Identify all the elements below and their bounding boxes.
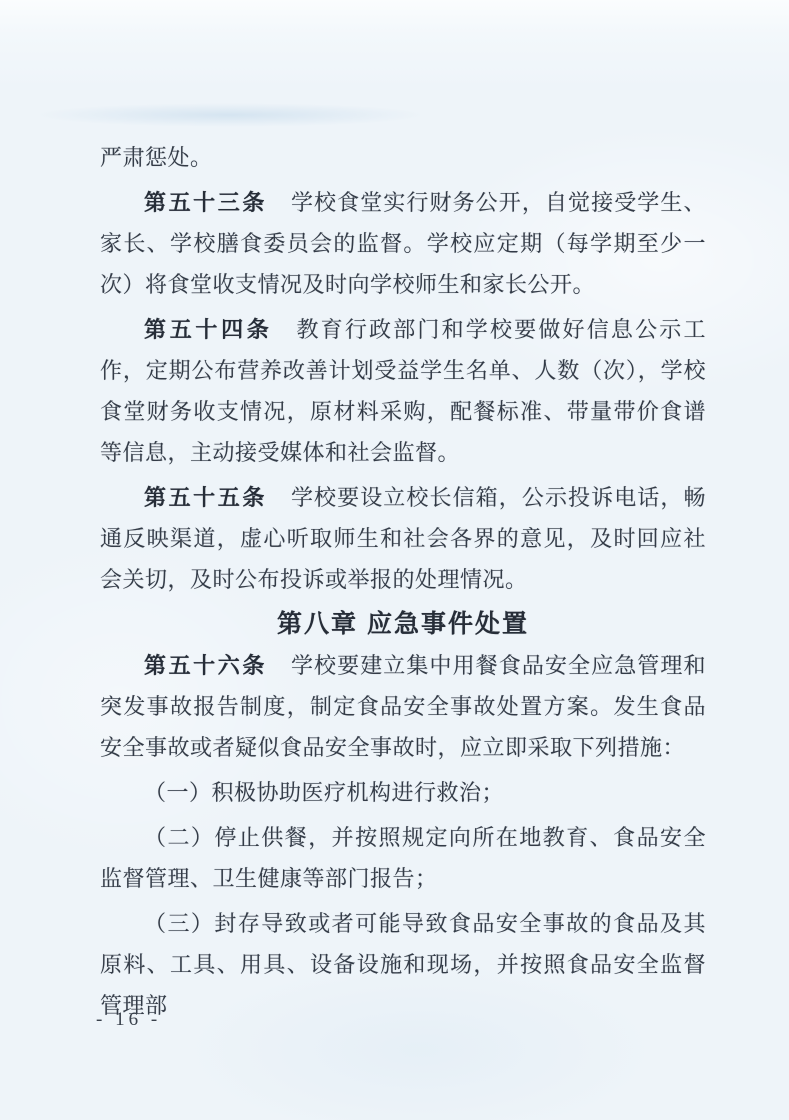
page-number: - 16 - [96, 1008, 161, 1032]
paragraph-closing-line: 严肃惩处。 [100, 137, 706, 178]
list-item-3: （三）封存导致或者可能导致食品安全事故的食品及其原料、工具、用具、设备设施和现场… [100, 903, 706, 1026]
chapter-heading: 第八章 应急事件处置 [100, 604, 706, 645]
article-53: 第五十三条学校食堂实行财务公开，自觉接受学生、家长、学校膳食委员会的监督。学校应… [100, 182, 706, 305]
list-item-2: （二）停止供餐，并按照规定向所在地教育、食品安全监督管理、卫生健康等部门报告； [100, 817, 706, 899]
article-56-label: 第五十六条 [144, 653, 267, 678]
scanned-document-page: 严肃惩处。 第五十三条学校食堂实行财务公开，自觉接受学生、家长、学校膳食委员会的… [0, 0, 789, 1120]
article-55: 第五十五条学校要设立校长信箱，公示投诉电话，畅通反映渠道，虚心听取师生和社会各界… [100, 477, 706, 600]
list-item-1: （一）积极协助医疗机构进行救治； [100, 772, 706, 813]
article-56: 第五十六条学校要建立集中用餐食品安全应急管理和突发事故报告制度，制定食品安全事故… [100, 645, 706, 768]
document-body: 严肃惩处。 第五十三条学校食堂实行财务公开，自觉接受学生、家长、学校膳食委员会的… [100, 137, 706, 1026]
article-53-label: 第五十三条 [144, 190, 267, 215]
article-55-label: 第五十五条 [144, 485, 267, 510]
article-54-label: 第五十四条 [144, 317, 272, 342]
article-54: 第五十四条教育行政部门和学校要做好信息公示工作，定期公布营养改善计划受益学生名单… [100, 309, 706, 473]
